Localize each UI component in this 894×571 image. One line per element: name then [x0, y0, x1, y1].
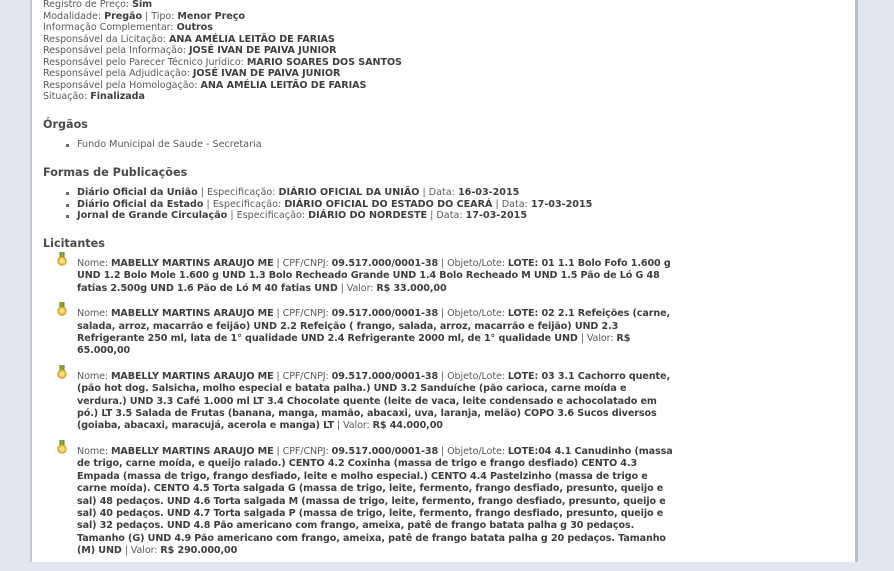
separator: |	[438, 371, 447, 382]
publicacao-especificacao: DIÁRIO OFICIAL DO ESTADO DO CEARÁ	[284, 199, 492, 210]
situacao-line: Situação: Finalizada	[43, 91, 843, 103]
separator: |	[419, 187, 428, 198]
licitante-cpf-cnpj: 09.517.000/0001-38	[332, 371, 438, 382]
data-label: Data:	[429, 187, 458, 198]
medal-icon	[57, 252, 67, 266]
publicacao-forma: Jornal de Grande Circulação	[77, 210, 227, 221]
publicacao-item: Jornal de Grande Circulação | Especifica…	[66, 210, 843, 222]
licitante-item: Nome: MABELLY MARTINS ARAUJO ME | CPF/CN…	[43, 258, 677, 295]
licitante-nome: MABELLY MARTINS ARAUJO ME	[111, 371, 274, 382]
details-block: Registro de Preço: Sim Modalidade: Pregã…	[43, 0, 843, 103]
medal-icon	[57, 440, 67, 454]
licitante-nome: MABELLY MARTINS ARAUJO ME	[111, 446, 274, 457]
licitante-item: Nome: MABELLY MARTINS ARAUJO ME | CPF/CN…	[43, 371, 677, 433]
responsavel-adjudicacao-line: Responsável pela Adjudicação: JOSÉ IVAN …	[43, 68, 843, 80]
licitante-cpf-cnpj: 09.517.000/0001-38	[332, 308, 438, 319]
separator: |	[338, 283, 347, 294]
separator: |	[334, 420, 343, 431]
objeto-label: Objeto/Lote:	[447, 446, 508, 457]
separator: |	[578, 333, 587, 344]
orgao-item: Fundo Municipal de Saude - Secretaria	[66, 139, 843, 151]
valor-label: Valor:	[587, 333, 617, 344]
publicacao-data: 16-03-2015	[458, 187, 519, 198]
registro-preco-line: Registro de Preço: Sim	[43, 0, 843, 11]
separator: |	[204, 199, 213, 210]
especificacao-label: Especificação:	[237, 210, 309, 221]
cpf-cnpj-label: CPF/CNPJ:	[283, 446, 332, 457]
publicacao-item: Diário Oficial da Estado | Especificação…	[66, 199, 843, 211]
objeto-label: Objeto/Lote:	[447, 308, 508, 319]
licitante-item: Nome: MABELLY MARTINS ARAUJO ME | CPF/CN…	[43, 446, 677, 547]
licitante-nome: MABELLY MARTINS ARAUJO ME	[111, 258, 274, 269]
publicacao-item: Diário Oficial da União | Especificação:…	[66, 187, 843, 199]
especificacao-label: Especificação:	[213, 199, 285, 210]
licitante-valor: R$ 33.000,00	[376, 283, 446, 294]
responsavel-homologacao-line: Responsável pela Homologação: ANA AMÉLIA…	[43, 80, 843, 92]
medal-icon	[57, 365, 67, 379]
objeto-label: Objeto/Lote:	[447, 258, 508, 269]
licitante-objeto: LOTE:04 4.1 Canudinho (massa de trigo, c…	[77, 446, 673, 547]
publicacao-forma: Diário Oficial da Estado	[77, 199, 204, 210]
publicacao-forma: Diário Oficial da União	[77, 187, 198, 198]
valor-label: Valor:	[347, 283, 377, 294]
cpf-cnpj-label: CPF/CNPJ:	[283, 308, 332, 319]
valor-label: Valor:	[343, 420, 373, 431]
publicacoes-list: Diário Oficial da União | Especificação:…	[43, 187, 843, 222]
separator: |	[274, 371, 283, 382]
nome-label: Nome:	[77, 308, 111, 319]
separator: |	[438, 258, 447, 269]
especificacao-label: Especificação:	[207, 187, 279, 198]
data-label: Data:	[502, 199, 531, 210]
modalidade-line: Modalidade: Pregão | Tipo: Menor Preço	[43, 11, 843, 23]
responsavel-informacao-line: Responsável pela Informação: JOSÉ IVAN D…	[43, 45, 843, 57]
responsavel-licitacao-line: Responsável da Licitação: ANA AMÉLIA LEI…	[43, 34, 843, 46]
publicacao-data: 17-03-2015	[531, 199, 592, 210]
licitante-item: Nome: MABELLY MARTINS ARAUJO ME | CPF/CN…	[43, 308, 677, 358]
cpf-cnpj-label: CPF/CNPJ:	[283, 371, 332, 382]
separator: |	[438, 446, 447, 457]
content-panel: Registro de Preço: Sim Modalidade: Pregã…	[30, 0, 858, 547]
separator: |	[227, 210, 236, 221]
licitantes-heading: Licitantes	[43, 238, 843, 250]
separator: |	[274, 446, 283, 457]
nome-label: Nome:	[77, 446, 111, 457]
licitantes-list: Nome: MABELLY MARTINS ARAUJO ME | CPF/CN…	[43, 258, 843, 547]
licitacao-details: Registro de Preço: Sim Modalidade: Pregã…	[43, 0, 843, 547]
separator: |	[274, 258, 283, 269]
orgaos-list: Fundo Municipal de Saude - Secretaria	[43, 139, 843, 151]
nome-label: Nome:	[77, 371, 111, 382]
publicacao-especificacao: DIÁRIO DO NORDESTE	[308, 210, 427, 221]
orgaos-heading: Órgãos	[43, 119, 843, 131]
licitante-cpf-cnpj: 09.517.000/0001-38	[332, 258, 438, 269]
data-label: Data:	[436, 210, 465, 221]
separator: |	[198, 187, 207, 198]
separator: |	[438, 308, 447, 319]
separator: |	[274, 308, 283, 319]
licitante-valor: R$ 44.000,00	[373, 420, 443, 431]
publicacao-especificacao: DIÁRIO OFICIAL DA UNIÃO	[279, 187, 420, 198]
licitante-nome: MABELLY MARTINS ARAUJO ME	[111, 308, 274, 319]
informacao-complementar-line: Informação Complementar: Outros	[43, 22, 843, 34]
responsavel-parecer-line: Responsável pelo Parecer Técnico Jurídic…	[43, 57, 843, 69]
objeto-label: Objeto/Lote:	[447, 371, 508, 382]
nome-label: Nome:	[77, 258, 111, 269]
publicacoes-heading: Formas de Publicações	[43, 167, 843, 179]
medal-icon	[57, 302, 67, 316]
separator: |	[492, 199, 501, 210]
cpf-cnpj-label: CPF/CNPJ:	[283, 258, 332, 269]
publicacao-data: 17-03-2015	[466, 210, 527, 221]
licitante-cpf-cnpj: 09.517.000/0001-38	[332, 446, 438, 457]
